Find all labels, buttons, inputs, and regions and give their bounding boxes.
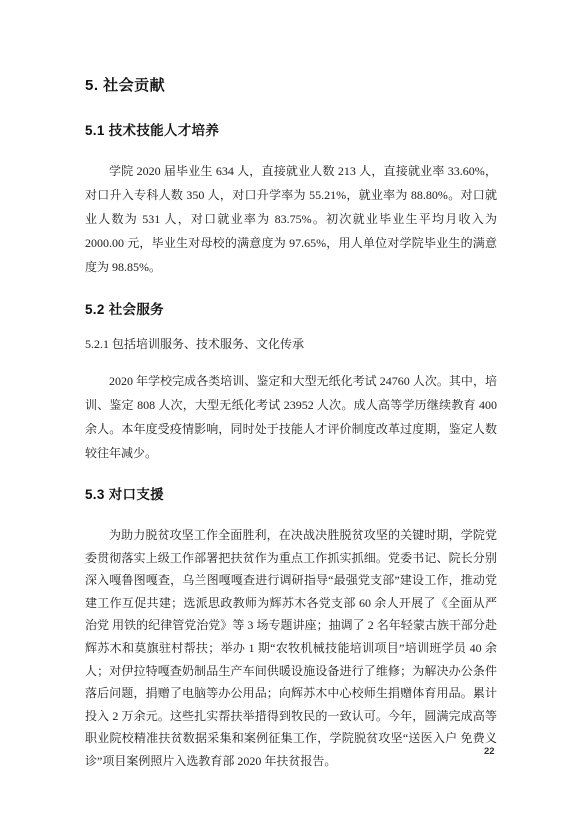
document-page: 5. 社会贡献 5.1 技术技能人才培养 学院 2020 届毕业生 634 人，…	[0, 0, 580, 820]
paragraph-graduate-employment-stats: 学院 2020 届毕业生 634 人，直接就业人数 213 人，直接就业率 33…	[85, 159, 497, 279]
page-number: 22	[484, 746, 495, 757]
document-content: 5. 社会贡献 5.1 技术技能人才培养 学院 2020 届毕业生 634 人，…	[85, 0, 497, 773]
paragraph-poverty-alleviation-support: 为助力脱贫攻坚工作全面胜利，在决战决胜脱贫攻坚的关键时期，学院党委贯彻落实上级工…	[85, 524, 497, 773]
section-5-2-1-heading: 5.2.1 包括培训服务、技术服务、文化传承	[85, 336, 497, 353]
section-5-2-heading: 5.2 社会服务	[85, 301, 497, 319]
section-5-heading: 5. 社会贡献	[85, 76, 497, 96]
section-5-1-heading: 5.1 技术技能人才培养	[85, 122, 497, 140]
section-5-3-heading: 5.3 对口支援	[85, 486, 497, 504]
paragraph-training-services: 2020 年学校完成各类培训、鉴定和大型无纸化考试 24760 人次。其中，培训…	[85, 369, 497, 465]
